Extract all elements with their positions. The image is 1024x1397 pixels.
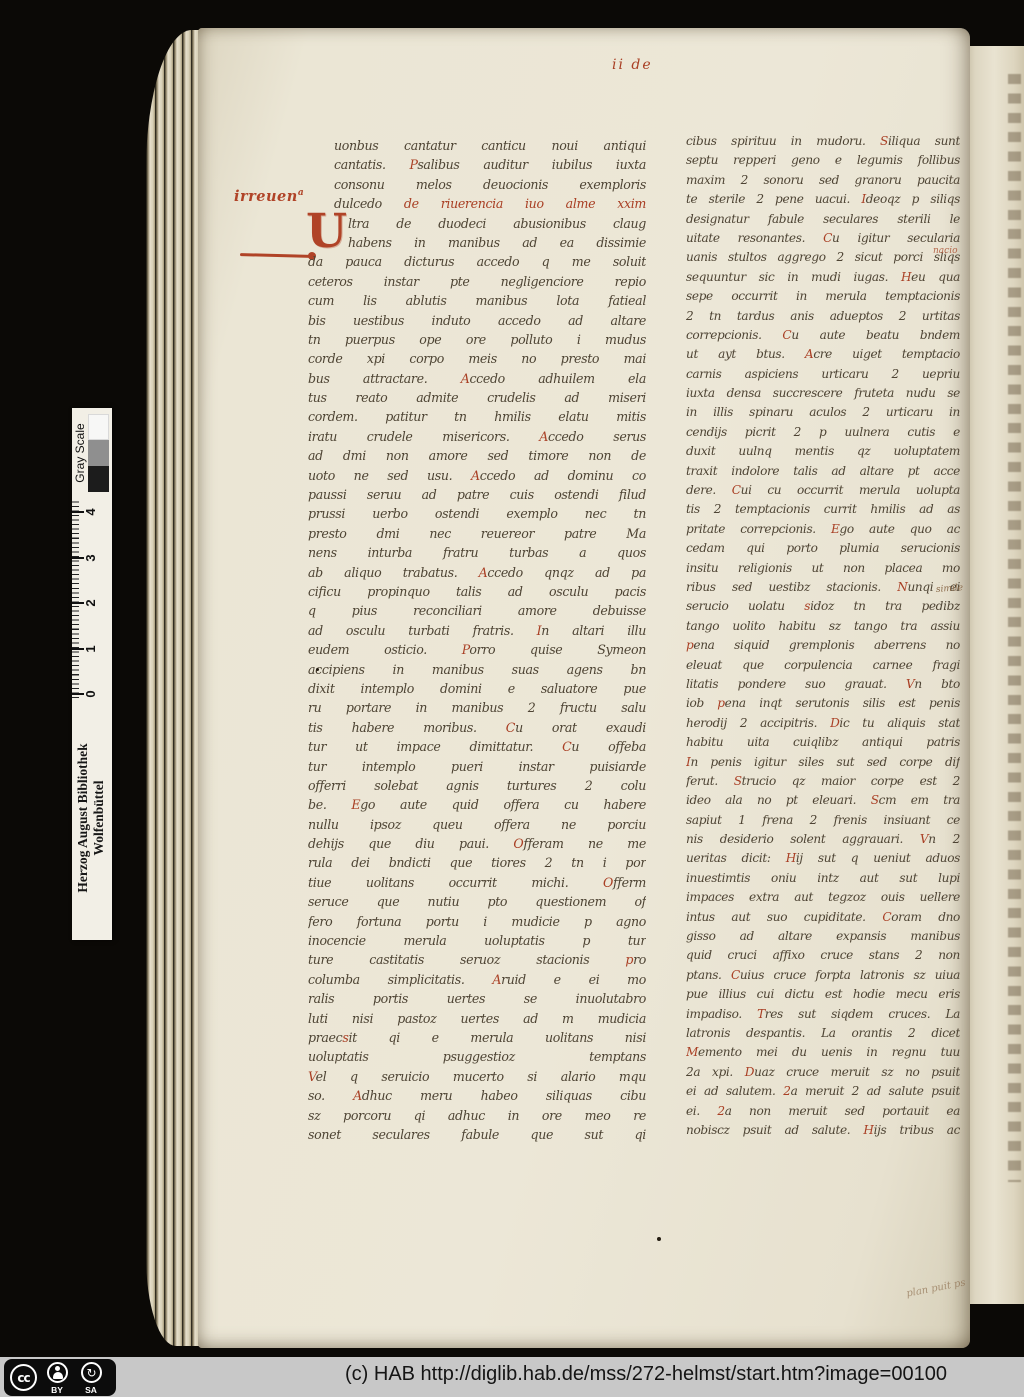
manuscript-line: cum lis ablutis manibus lota fatieal <box>308 291 646 310</box>
manuscript-line: In penis igitur siles sut sed corpe dif <box>686 753 960 772</box>
manuscript-line: uonbus cantatur canticu noui antiqui <box>308 136 646 155</box>
manuscript-line: insitu religionis ut non placea mo <box>686 559 960 578</box>
manuscript-line: uitate resonantes. Cu igitur secularia <box>686 229 960 248</box>
manuscript-line: luti nisi pastoz uertes ad m mudicia <box>308 1009 646 1028</box>
manuscript-line: tiue uolitans occurrit michi. Offerm <box>308 873 646 892</box>
manuscript-line: maxim 2 sonoru sed granoru paucita <box>686 171 960 190</box>
manuscript-line: serucio uolatu sidoz tn tra pedibz <box>686 597 960 616</box>
manuscript-line: inuestimtis oniu intz aut sut lupi <box>686 869 960 888</box>
manuscript-line: Memento mei du uenis in regnu tuu <box>686 1043 960 1062</box>
manuscript-line: bis uestibus induto accedo ad altare <box>308 311 646 330</box>
manuscript-line: ueritas dicit: Hij sut q ueniut aduos <box>686 849 960 868</box>
manuscript-line: latronis despantis. La orantis 2 dicet <box>686 1024 960 1043</box>
manuscript-line: 2 tn tardus anis adueptos 2 urtitas <box>686 307 960 326</box>
ruler-number-0: 0 <box>83 687 98 701</box>
manuscript-line: ru portare in manibus 2 fructu salu <box>308 698 646 717</box>
ruler-number-3: 3 <box>83 551 98 565</box>
manuscript-line: tur ut impace dimittatur. Cu offeba <box>308 737 646 756</box>
manuscript-line: ei. 2a non meruit sed portauit ea <box>686 1102 960 1121</box>
manuscript-line: pritate correpcionis. Ego aute quo ac <box>686 520 960 539</box>
manuscript-line: prussi uerbo ostendi exemplo nec tn <box>308 504 646 523</box>
manuscript-line: pue illius cui dictu est hodie mecu eris <box>686 985 960 1004</box>
manuscript-line: sonet seculares fabule que sut qi <box>308 1125 646 1144</box>
margin-rubric-superscript: a <box>298 188 304 198</box>
manuscript-line: ad dmi non amore sed timore non de <box>308 446 646 465</box>
manuscript-line: bus attractare. Accedo adhuilem ela <box>308 369 646 388</box>
book-gutter-page-edges <box>146 30 202 1346</box>
manuscript-line: traxit indolore talis ad altare pt acce <box>686 462 960 481</box>
manuscript-line: sepe occurrit in merula temptacionis <box>686 287 960 306</box>
manuscript-line: pena siquid gremplonis aberrens no <box>686 636 960 655</box>
manuscript-line: cordem. patitur tn hmilis elatu mitis <box>308 407 646 426</box>
manuscript-line: habitu uita cuiqlibz antiqui patris <box>686 733 960 752</box>
ruler-number-2: 2 <box>83 596 98 610</box>
cc-sa-label: SA <box>79 1385 103 1395</box>
manuscript-line: dulcedo de riuerencia iuo alme xxim <box>308 194 646 213</box>
library-name-line1: Herzog August Bibliothek <box>75 700 91 936</box>
manuscript-line: uoluptatis psuggestioz temptans <box>308 1047 646 1066</box>
margin-note-mid-right: simile <box>936 583 964 595</box>
manuscript-line: in illis spinaru aculos 2 urticaru in <box>686 403 960 422</box>
ruler-number-1: 1 <box>83 642 98 656</box>
manuscript-line: tis habere moribus. Cu orat exaudi <box>308 718 646 737</box>
manuscript-line: columba simplicitatis. Aruid e ei mo <box>308 970 646 989</box>
manuscript-line: duxit uulnq mentis qz uoluptatem <box>686 442 960 461</box>
manuscript-line: iuxta densa succrescere fruteta nudu se <box>686 384 960 403</box>
manuscript-line: sequuntur sic in mudi iugas. Heu qua <box>686 268 960 287</box>
manuscript-line: septu repperi geno e legumis follibus <box>686 151 960 170</box>
copyright-text: (c) HAB http://diglib.hab.de/mss/272-hel… <box>345 1363 947 1386</box>
manuscript-line: iratu crudele misericors. Accedo serus <box>308 427 646 446</box>
cc-by-label: BY <box>45 1385 69 1395</box>
manuscript-line: intus aut suo cupiditate. Coram dno <box>686 908 960 927</box>
manuscript-line: praecsit qi e merula uolitans nisi <box>308 1028 646 1047</box>
right-text-column: cibus spirituu in mudoru. Siliqua suntse… <box>686 132 960 1140</box>
manuscript-line: da pauca dicturus accedo q me soluit <box>308 252 646 271</box>
manuscript-line: te sterile 2 pene uacui. Ideoqz p siliqs <box>686 190 960 209</box>
manuscript-line: cibus spirituu in mudoru. Siliqua sunt <box>686 132 960 151</box>
manuscript-line: designatur fabule seculares sterili le <box>686 210 960 229</box>
manuscript-line: quid cruci affixo cruce stans 2 non <box>686 946 960 965</box>
library-name-line2: Wolfenbüttel <box>91 700 107 936</box>
manuscript-line: uanis stultos aggrego 2 sicut porci sliq… <box>686 248 960 267</box>
manuscript-line: ltra de duodeci abusionibus claug <box>308 214 646 233</box>
margin-rubric-heading: irreuena <box>234 188 304 205</box>
manuscript-line: ut ayt btus. Acre uiget temptacio <box>686 345 960 364</box>
manuscript-line: nullu ipsoz queu offera ne porciu <box>308 815 646 834</box>
manuscript-line: impadiso. Tres sut siqdem cruces. La <box>686 1005 960 1024</box>
margin-note-bottom-right: plan puit ps <box>906 1277 967 1299</box>
creative-commons-badge: cc ↻ BY SA <box>4 1359 116 1396</box>
manuscript-line: ceteros instar pte negligenciore repio <box>308 272 646 291</box>
cc-by-person-icon <box>47 1362 68 1383</box>
gray-scale-patches <box>88 414 109 492</box>
ruler-rotated-content: Herzog August Bibliothek Wolfenbüttel 0 … <box>72 408 112 940</box>
manuscript-line: Vel q seruicio mucerto si alario mqu <box>308 1067 646 1086</box>
manuscript-line: herodij 2 accipitris. Dic tu aliquis sta… <box>686 714 960 733</box>
manuscript-line: ralis portis uertes se inuolutabro <box>308 989 646 1008</box>
footer-bar: (c) HAB http://diglib.hab.de/mss/272-hel… <box>0 1357 1024 1397</box>
ink-speck <box>657 1237 661 1241</box>
manuscript-line: cificu propinquo talis ad osculu pacis <box>308 582 646 601</box>
manuscript-line: cantatis. Psalibus auditur iubilus iuxta <box>308 155 646 174</box>
manuscript-line: dixit intemplo domini e saluatore pue <box>308 679 646 698</box>
grayscale-ruler-strip: Herzog August Bibliothek Wolfenbüttel 0 … <box>72 408 112 940</box>
manuscript-line: habens in manibus ad ea dissimie <box>308 233 646 252</box>
manuscript-line: q pius reconciliari amore debuisse <box>308 601 646 620</box>
manuscript-line: nens inturba fratru turbas a quos <box>308 543 646 562</box>
manuscript-line: dere. Cui cu occurrit merula uolupta <box>686 481 960 500</box>
manuscript-line: tn puerpus ope ore polluto i mudus <box>308 330 646 349</box>
cc-sa-arrow-icon: ↻ <box>81 1362 102 1383</box>
manuscript-line: offerri solebat agnis turtures 2 colu <box>308 776 646 795</box>
manuscript-line: fero fortuna portu i mudicie p agno <box>308 912 646 931</box>
manuscript-line: eleuat que corpulencia carnee fragi <box>686 656 960 675</box>
manuscript-line: ad osculu turbati fratris. In altari ill… <box>308 621 646 640</box>
manuscript-line: ture castitatis seruoz stacionis pro <box>308 950 646 969</box>
ruler-mm-ticks <box>72 498 79 698</box>
manuscript-line: seruce que nutiu pto questionem of <box>308 892 646 911</box>
manuscript-line: presto dmi nec reuereor patre Ma <box>308 524 646 543</box>
manuscript-line: eudem osticio. Porro quise Symeon <box>308 640 646 659</box>
manuscript-line: litatis pondere suo grauat. Vn bto <box>686 675 960 694</box>
manuscript-line: be. Ego aute quid offera cu habere <box>308 795 646 814</box>
manuscript-line: uoto ne sed usu. Accedo ad dominu co <box>308 466 646 485</box>
margin-note-upper-right: nacio <box>933 246 958 256</box>
manuscript-line: ptans. Cuius cruce forpta latronis sz ui… <box>686 966 960 985</box>
manuscript-line: rula dei bndicti que tiores 2 tn i por <box>308 853 646 872</box>
manuscript-line: ei ad salutem. 2a meruit 2 ad salute psu… <box>686 1082 960 1101</box>
manuscript-line: tango uolito habitu sz tango tra assiu <box>686 617 960 636</box>
manuscript-line: tus reato admite crudelis ad miseri <box>308 388 646 407</box>
decorated-initial: U <box>306 208 347 255</box>
gray-scale-patch-white <box>88 414 109 440</box>
manuscript-page: ii de irreuena U uonbus cantatur canticu… <box>198 28 970 1348</box>
person-icon <box>49 1364 66 1381</box>
manuscript-line: sapiut 1 frena 2 frenis insiuant ce <box>686 811 960 830</box>
manuscript-line: correpcionis. Cu aute beatu bndem <box>686 326 960 345</box>
manuscript-line: ideo ala no pt eleuari. Scm em tra <box>686 791 960 810</box>
manuscript-line: cedam qui porto plumia serucionis <box>686 539 960 558</box>
manuscript-line: consonu melos deuocionis exemploris <box>308 175 646 194</box>
manuscript-line: 2a xpi. Duaz cruce meruit sz no psuit <box>686 1063 960 1082</box>
manuscript-line: sz porcoru qi adhuc in ore meo re <box>308 1106 646 1125</box>
rubric-connector-stroke <box>240 253 312 257</box>
gray-scale-patch-gray <box>88 440 109 466</box>
manuscript-line: corde xpi corpo meis no presto mai <box>308 349 646 368</box>
margin-rubric-text: irreuen <box>234 188 298 205</box>
facing-leaf-text-sliver <box>1008 74 1021 1182</box>
manuscript-line: tur intemplo pueri instar puisiarde <box>308 757 646 776</box>
cc-icon: cc <box>10 1364 37 1391</box>
ink-speck <box>316 668 319 671</box>
manuscript-line: dehijs que diu paui. Offeram ne me <box>308 834 646 853</box>
running-header: ii de <box>612 57 653 73</box>
manuscript-line: inocencie merula uoluptatis p tur <box>308 931 646 950</box>
manuscript-line: ribus sed uestibz stacionis. Nunqi ei <box>686 578 960 597</box>
library-name-label: Herzog August Bibliothek Wolfenbüttel <box>75 700 107 936</box>
manuscript-line: accipiens in manibus suas agens bn <box>308 660 646 679</box>
manuscript-line: carnis aspiciens urticaru 2 uepriu <box>686 365 960 384</box>
manuscript-photo: ii de irreuena U uonbus cantatur canticu… <box>0 0 1024 1397</box>
gray-scale-label: Gray Scale <box>73 410 87 496</box>
ruler-number-4: 4 <box>83 505 98 519</box>
manuscript-line: ab aliquo trabatus. Accedo qnqz ad pa <box>308 563 646 582</box>
left-text-column: U uonbus cantatur canticu noui antiquica… <box>308 136 646 1144</box>
gray-scale-patch-black <box>88 466 109 492</box>
manuscript-line: impaces extra aut tegzoz ouis uellere <box>686 888 960 907</box>
manuscript-line: so. Adhuc meru habeo siliquas cibu <box>308 1086 646 1105</box>
manuscript-line: nis desiderio solent aggrauari. Vn 2 <box>686 830 960 849</box>
manuscript-line: gisso ad altare expansis manibus <box>686 927 960 946</box>
manuscript-line: nobiscz psuit ad salute. Hijs tribus ac <box>686 1121 960 1140</box>
manuscript-line: ferut. Strucio qz maior corpe est 2 <box>686 772 960 791</box>
manuscript-line: tis 2 temptacionis currit hmilis ad as <box>686 500 960 519</box>
manuscript-line: cendijs picrit 2 p uulnera cutis e <box>686 423 960 442</box>
manuscript-line: iob pena inqt serutonis silis est penis <box>686 694 960 713</box>
manuscript-line: paussi seruu ad patre cuis ostendi filud <box>308 485 646 504</box>
